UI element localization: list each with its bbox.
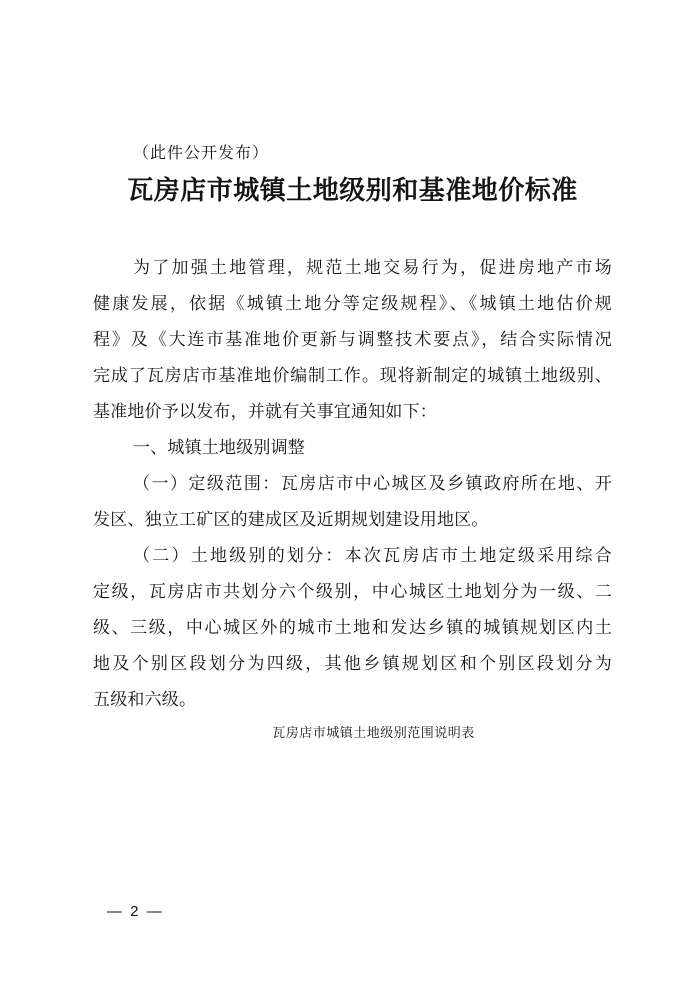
document-content: （此件公开发布） 瓦房店市城镇土地级别和基准地价标准 为了加强土地管理，规范土地… xyxy=(93,143,612,742)
body-line: 健康发展，依据《城镇土地分等定级规程》、《城镇土地估价规 xyxy=(93,286,612,322)
publication-note: （此件公开发布） xyxy=(93,143,612,165)
document-title: 瓦房店市城镇土地级别和基准地价标准 xyxy=(93,173,612,207)
body-line: 发区、独立工矿区的建成区及近期规划建设用地区。 xyxy=(93,502,612,538)
body-line: 级、三级，中心城区外的城市土地和发达乡镇的城镇规划区内土 xyxy=(93,610,612,646)
page-number: — 2 — xyxy=(107,903,164,920)
body-line: 程》及《大连市基准地价更新与调整技术要点》，结合实际情况 xyxy=(93,322,612,358)
body-line: 为了加强土地管理，规范土地交易行为，促进房地产市场 xyxy=(93,250,612,286)
body-line: （二）土地级别的划分：本次瓦房店市土地定级采用综合 xyxy=(93,538,612,574)
body-line: （一）定级范围：瓦房店市中心城区及乡镇政府所在地、开 xyxy=(93,466,612,502)
section-heading: 一、城镇土地级别调整 xyxy=(93,430,612,466)
table-caption: 瓦房店市城镇土地级别范围说明表 xyxy=(135,724,612,742)
body-line: 定级，瓦房店市共划分六个级别，中心城区土地划分为一级、二 xyxy=(93,574,612,610)
body-line: 基准地价予以发布，并就有关事宜通知如下： xyxy=(93,394,612,430)
document-page: （此件公开发布） 瓦房店市城镇土地级别和基准地价标准 为了加强土地管理，规范土地… xyxy=(0,0,700,990)
body-line: 五级和六级。 xyxy=(93,682,612,718)
document-body: 为了加强土地管理，规范土地交易行为，促进房地产市场 健康发展，依据《城镇土地分等… xyxy=(93,250,612,718)
body-line: 地及个别区段划分为四级，其他乡镇规划区和个别区段划分为 xyxy=(93,646,612,682)
body-line: 完成了瓦房店市基准地价编制工作。现将新制定的城镇土地级别、 xyxy=(93,358,612,394)
